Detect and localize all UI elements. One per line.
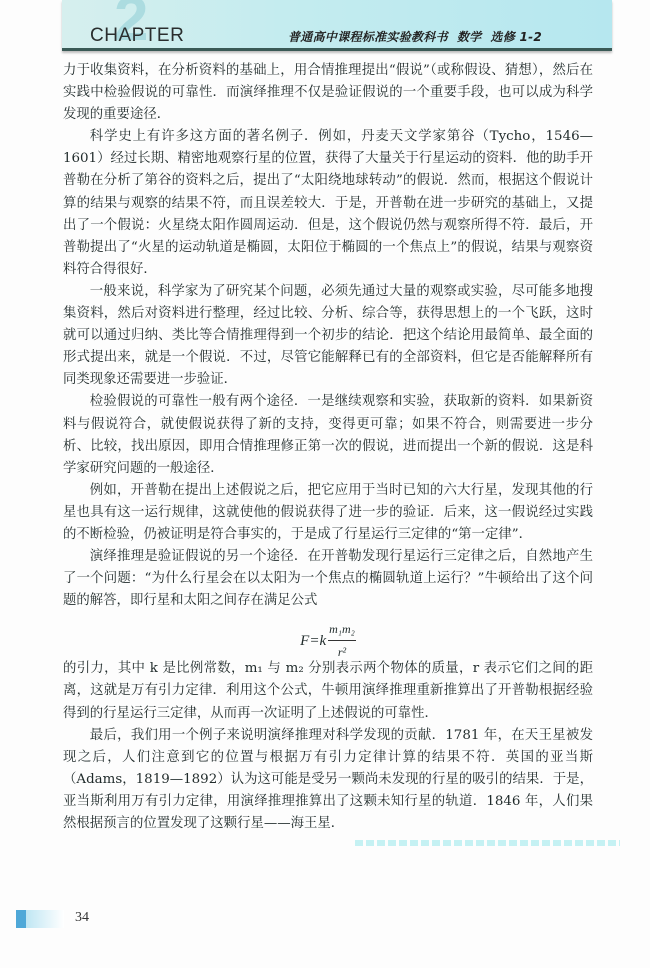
page-number: 34 (75, 910, 89, 926)
page-header: 2 CHAPTER 普通高中课程标准实验教科书 数学 选修 1-2 (62, 0, 612, 51)
body-text: 力于收集资料，在分析资料的基础上，用合情推理提出“假说”（或称假设、猜想），然后… (63, 60, 593, 835)
paragraph: 力于收集资料，在分析资料的基础上，用合情推理提出“假说”（或称假设、猜想），然后… (63, 60, 593, 126)
decorative-band (355, 840, 620, 846)
chapter-label: CHAPTER (90, 25, 184, 47)
gravitation-formula: F=km₁m₂r² (63, 618, 593, 654)
page-tab-gradient (26, 910, 64, 928)
formula-lhs: F=k (300, 630, 326, 652)
paragraph: 科学史上有许多这方面的著名例子．例如，丹麦天文学家第谷（Tycho，1546—1… (63, 126, 593, 281)
page-tab-marker (16, 910, 26, 928)
paragraph: 演绎推理是验证假说的另一个途径．在开普勒发现行星运行三定律之后，自然地产生了一个… (63, 546, 593, 612)
paragraph: 的引力，其中 k 是比例常数，m₁ 与 m₂ 分别表示两个物体的质量，r 表示它… (63, 658, 593, 724)
formula-fraction: m₁m₂r² (328, 618, 356, 663)
paragraph: 例如，开普勒在提出上述假说之后，把它应用于当时已知的六大行星，发现其他的行星也具… (63, 480, 593, 546)
paragraph: 检验假说的可靠性一般有两个途径．一是继续观察和实验，获取新的资料．如果新资料与假… (63, 391, 593, 479)
paragraph: 一般来说，科学家为了研究某个问题，必须先通过大量的观察或实验，尽可能多地搜集资料… (63, 281, 593, 391)
formula-denominator: r² (328, 641, 356, 663)
book-title: 普通高中课程标准实验教科书 数学 选修 1-2 (288, 28, 542, 45)
paragraph: 最后，我们用一个例子来说明演绎推理对科学发现的贡献．1781 年，在天王星被发现… (63, 725, 593, 835)
formula-numerator: m₁m₂ (328, 618, 356, 641)
